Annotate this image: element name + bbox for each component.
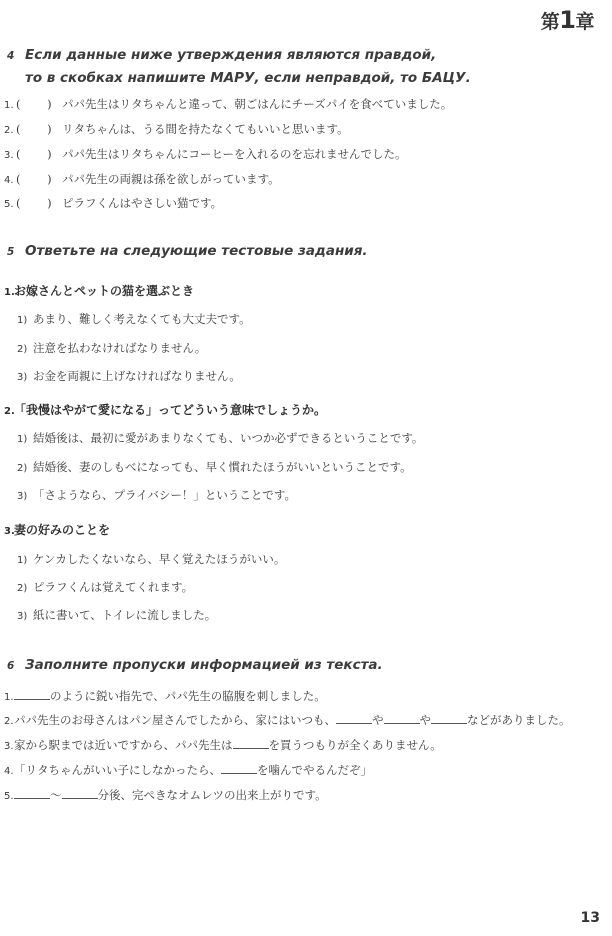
question-number: 3. <box>4 524 14 540</box>
option-text: 「さようなら、プライバシー！」ということです。 <box>33 488 296 502</box>
option-number: 2) <box>17 461 33 477</box>
question: 3.妻の好みのことを <box>4 522 110 540</box>
item-text: を噛んでやるんだぞ」 <box>257 763 372 777</box>
option-number: 3) <box>17 489 33 505</box>
question-text: 「我慢はやがて愛になる」ってどういう意味でしょうか。 <box>14 403 326 417</box>
item-number: 2. <box>4 123 16 139</box>
true-false-item: 3.( )パパ先生はリタちゃんにコーヒーを入れるのを忘れませんでした。 <box>4 146 407 164</box>
question-number: 2. <box>4 404 14 420</box>
chapter-suffix: 章 <box>575 11 594 33</box>
item-number: 4. <box>4 173 16 189</box>
section-number: 6 <box>7 655 25 677</box>
item-text: パパ先生のお母さんはパン屋さんでしたから、家にはいつも、 <box>14 713 336 727</box>
question: 2.「我慢はやがて愛になる」ってどういう意味でしょうか。 <box>4 402 326 420</box>
blank-field[interactable] <box>14 688 50 700</box>
true-false-item: 4.( )パパ先生の両親は孫を欲しがっています。 <box>4 171 280 189</box>
section-title-line1: Если данные ниже утверждения являются пр… <box>25 47 436 63</box>
section-title-line2: то в скобках напишите МАРУ, если неправд… <box>7 67 471 89</box>
option-text: あまり、難しく考えなくても大丈夫です。 <box>33 312 251 326</box>
option-number: 2) <box>17 581 33 597</box>
item-text: のように鋭い指先で、パパ先生の脇腹を刺しました。 <box>50 689 326 703</box>
option-number: 1) <box>17 432 33 448</box>
item-number: 5. <box>4 197 16 213</box>
answer-option[interactable]: 1)結婚後は、最初に愛があまりなくても、いつか必ずできるということです。 <box>17 430 423 448</box>
fill-in-item: 3.家から駅までは近いですから、パパ先生はを買うつもりが全くありません。 <box>4 737 442 755</box>
blank-field[interactable] <box>62 787 98 799</box>
option-text: ピラフくんは覚えてくれます。 <box>33 580 193 594</box>
answer-option[interactable]: 3)「さようなら、プライバシー！」ということです。 <box>17 487 296 505</box>
answer-brackets[interactable]: ( ) <box>16 146 62 162</box>
item-number: 4. <box>4 764 14 780</box>
section-number: 4 <box>7 45 25 67</box>
question-text: お嫁さんとペットの猫を選ぶとき <box>14 284 194 298</box>
fill-in-item: 4.「リタちゃんがいい子にしなかったら、を噛んでやるんだぞ」 <box>4 762 372 780</box>
option-text: 結婚後、妻のしもべになっても、早く慣れたほうがいいということです。 <box>33 460 412 474</box>
item-text: 家から駅までは近いですから、パパ先生は <box>14 738 233 752</box>
fill-in-item: 2.パパ先生のお母さんはパン屋さんでしたから、家にはいつも、ややなどがありました… <box>4 712 571 730</box>
item-number: 1. <box>4 98 16 114</box>
statement-text: パパ先生はリタちゃんにコーヒーを入れるのを忘れませんでした。 <box>62 147 407 161</box>
chapter-number: 1 <box>559 6 575 34</box>
option-text: お金を両親に上げなければなりません。 <box>33 369 241 383</box>
item-text: を買うつもりが全くありません。 <box>269 738 442 752</box>
section-title: Ответьте на следующие тестовые задания. <box>25 243 368 259</box>
answer-brackets[interactable]: ( ) <box>16 171 62 187</box>
true-false-item: 2.( )リタちゃんは、うる間を持たなくてもいいと思います。 <box>4 121 349 139</box>
question: 1.お嫁さんとペットの猫を選ぶとき <box>4 283 194 301</box>
blank-field[interactable] <box>384 712 420 724</box>
section-title: Заполните пропуски информацией из текста… <box>25 657 383 673</box>
answer-option[interactable]: 2)注意を払わなければなりません。 <box>17 340 206 358</box>
statement-text: パパ先生はリタちゃんと違って、朝ごはんにチーズパイを食べていました。 <box>62 97 452 111</box>
blank-field[interactable] <box>14 787 50 799</box>
question-number: 1. <box>4 285 14 301</box>
section-number: 5 <box>7 241 25 263</box>
section-4-heading: 4Если данные ниже утверждения являются п… <box>7 44 471 89</box>
answer-option[interactable]: 2)結婚後、妻のしもべになっても、早く慣れたほうがいいということです。 <box>17 459 412 477</box>
item-text: 分後、完ぺきなオムレツの出来上がりです。 <box>98 788 327 802</box>
page-number: 13 <box>581 910 600 926</box>
fill-in-item: 1.のように鋭い指先で、パパ先生の脇腹を刺しました。 <box>4 688 326 706</box>
item-number: 3. <box>4 148 16 164</box>
question-text: 妻の好みのことを <box>14 523 110 537</box>
blank-field[interactable] <box>221 762 257 774</box>
option-number: 3) <box>17 370 33 386</box>
option-text: ケンカしたくないなら、早く覚えたほうがいい。 <box>33 552 285 566</box>
answer-brackets[interactable]: ( ) <box>16 195 62 211</box>
item-text: などがありました。 <box>467 713 571 727</box>
true-false-item: 1.( )パパ先生はリタちゃんと違って、朝ごはんにチーズパイを食べていました。 <box>4 96 452 114</box>
chapter-label: 第1章 <box>541 6 594 34</box>
item-number: 3. <box>4 739 14 755</box>
blank-field[interactable] <box>233 737 269 749</box>
fill-in-item: 5.～分後、完ぺきなオムレツの出来上がりです。 <box>4 787 327 805</box>
option-number: 3) <box>17 609 33 625</box>
item-number: 5. <box>4 789 14 805</box>
section-6-heading: 6Заполните пропуски информацией из текст… <box>7 654 383 677</box>
item-text: や <box>372 713 384 727</box>
answer-option[interactable]: 3)お金を両親に上げなければなりません。 <box>17 368 241 386</box>
option-text: 結婚後は、最初に愛があまりなくても、いつか必ずできるということです。 <box>33 431 423 445</box>
option-number: 1) <box>17 313 33 329</box>
section-5-heading: 5Ответьте на следующие тестовые задания. <box>7 240 368 263</box>
option-text: 注意を払わなければなりません。 <box>33 341 206 355</box>
item-text: 「リタちゃんがいい子にしなかったら、 <box>14 763 221 777</box>
answer-option[interactable]: 3)紙に書いて、トイレに流しました。 <box>17 607 216 625</box>
item-number: 1. <box>4 690 14 706</box>
blank-field[interactable] <box>336 712 372 724</box>
chapter-prefix: 第 <box>541 11 560 33</box>
item-number: 2. <box>4 714 14 730</box>
statement-text: ピラフくんはやさしい猫です。 <box>62 196 222 210</box>
item-text: ～ <box>50 788 62 802</box>
answer-option[interactable]: 1)あまり、難しく考えなくても大丈夫です。 <box>17 311 251 329</box>
statement-text: リタちゃんは、うる間を持たなくてもいいと思います。 <box>62 122 349 136</box>
true-false-item: 5.( )ピラフくんはやさしい猫です。 <box>4 195 222 213</box>
answer-option[interactable]: 1)ケンカしたくないなら、早く覚えたほうがいい。 <box>17 551 285 569</box>
option-text: 紙に書いて、トイレに流しました。 <box>33 608 216 622</box>
answer-brackets[interactable]: ( ) <box>16 96 62 112</box>
answer-option[interactable]: 2)ピラフくんは覚えてくれます。 <box>17 579 193 597</box>
item-text: や <box>420 713 432 727</box>
option-number: 2) <box>17 342 33 358</box>
blank-field[interactable] <box>431 712 467 724</box>
answer-brackets[interactable]: ( ) <box>16 121 62 137</box>
statement-text: パパ先生の両親は孫を欲しがっています。 <box>62 172 280 186</box>
option-number: 1) <box>17 553 33 569</box>
